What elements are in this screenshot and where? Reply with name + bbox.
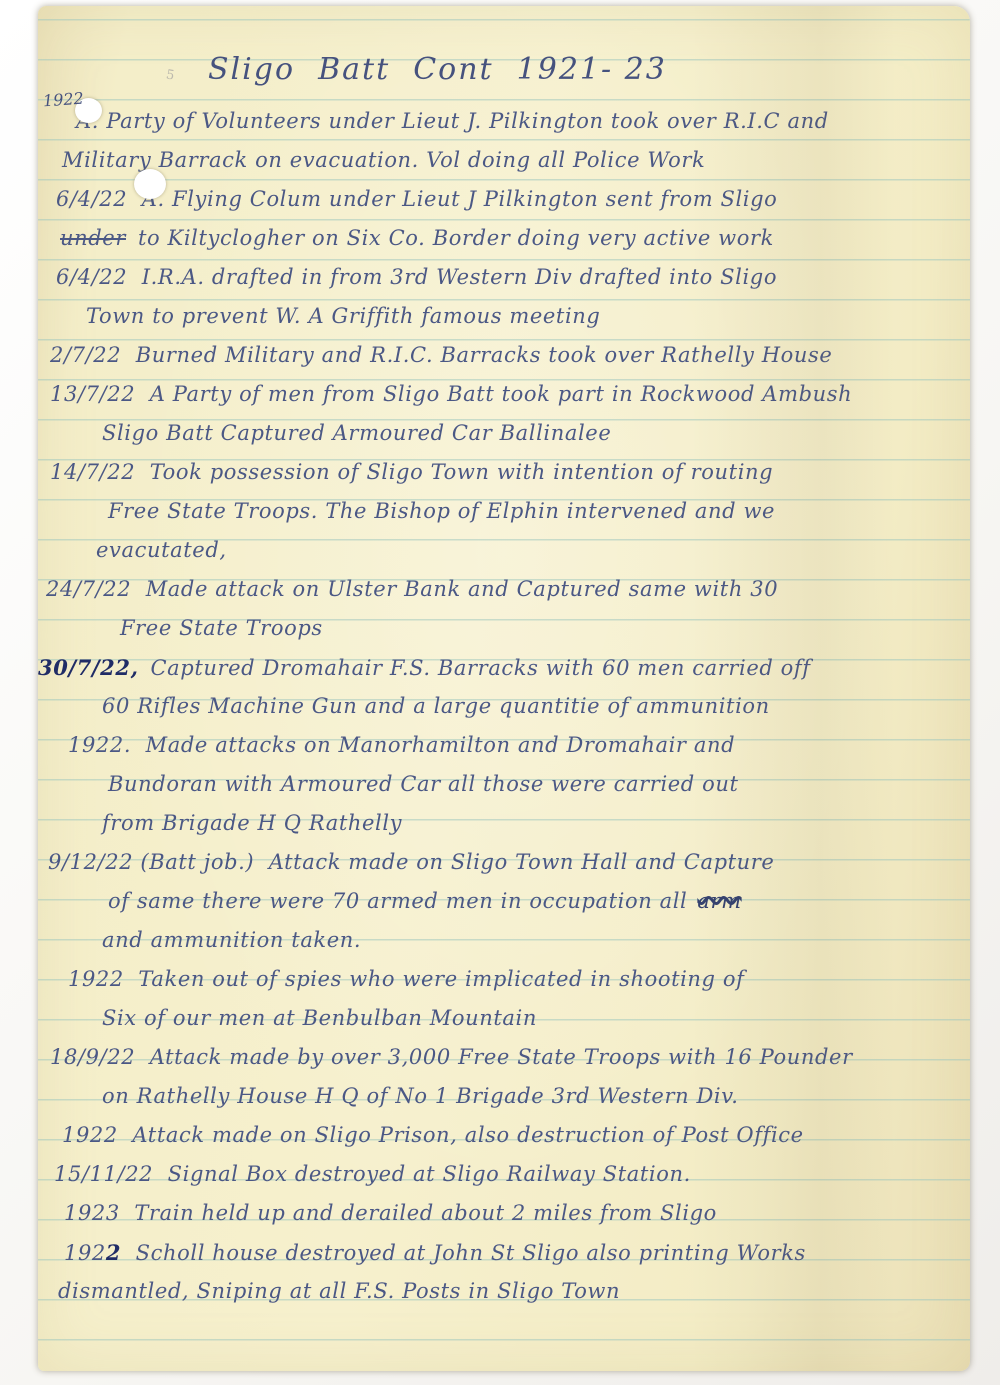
manuscript-lines: A. Party of Volunteers under Lieut J. Pi…: [38, 102, 970, 1311]
line-text: to Kiltyclogher on Six Co. Border doing …: [138, 226, 774, 250]
line-text: Captured Dromahair F.S. Barracks with 60…: [151, 656, 811, 680]
scribbled-word: arm: [697, 889, 741, 913]
manuscript-line: Six of our men at Benbulban Mountain: [38, 999, 970, 1038]
line-text: Scholl house destroyed at John St Sligo …: [121, 1241, 806, 1265]
manuscript-line: 30/7/22,Captured Dromahair F.S. Barracks…: [38, 648, 970, 687]
manuscript-line: A. Party of Volunteers under Lieut J. Pi…: [38, 102, 970, 141]
manuscript-line: on Rathelly House H Q of No 1 Brigade 3r…: [38, 1077, 970, 1116]
manuscript-line: 2/7/22 Burned Military and R.I.C. Barrac…: [38, 336, 970, 375]
manuscript-line: 1922 Scholl house destroyed at John St S…: [38, 1233, 970, 1272]
manuscript-line: Free State Troops. The Bishop of Elphin …: [38, 492, 970, 531]
manuscript-line: 60 Rifles Machine Gun and a large quanti…: [38, 687, 970, 726]
manuscript-sheet: 5 Sligo Batt Cont 1921- 23 1922 A. Party…: [38, 6, 970, 1371]
manuscript-line: 24/7/22 Made attack on Ulster Bank and C…: [38, 570, 970, 609]
manuscript-line: Military Barrack on evacuation. Vol doin…: [38, 141, 970, 180]
manuscript-line: of same there were 70 armed men in occup…: [38, 882, 970, 921]
manuscript-line: 18/9/22 Attack made by over 3,000 Free S…: [38, 1038, 970, 1077]
manuscript-line: Sligo Batt Captured Armoured Car Ballina…: [38, 414, 970, 453]
manuscript-line: Bundoran with Armoured Car all those wer…: [38, 765, 970, 804]
manuscript-line: evacutated,: [38, 531, 970, 570]
manuscript-line: from Brigade H Q Rathelly: [38, 804, 970, 843]
manuscript-line: Town to prevent W. A Griffith famous mee…: [38, 297, 970, 336]
page-title: Sligo Batt Cont 1921- 23: [38, 46, 970, 94]
manuscript-line: Free State Troops: [38, 609, 970, 648]
margin-year-note: 1922: [42, 89, 84, 111]
manuscript-line: and ammunition taken.: [38, 921, 970, 960]
manuscript-line: 9/12/22 (Batt job.) Attack made on Sligo…: [38, 843, 970, 882]
manuscript-line: 6/4/22 A. Flying Colum under Lieut J Pil…: [38, 180, 970, 219]
manuscript-line: 1923 Train held up and derailed about 2 …: [38, 1194, 970, 1233]
manuscript-line: underto Kiltyclogher on Six Co. Border d…: [38, 219, 970, 258]
manuscript-line: 1922 Attack made on Sligo Prison, also d…: [38, 1116, 970, 1155]
year-digits: 192: [64, 1241, 106, 1265]
punch-hole: [134, 169, 166, 199]
manuscript-line: dismantled, Sniping at all F.S. Posts in…: [38, 1272, 970, 1311]
overwritten-digit: 2: [106, 1240, 121, 1265]
manuscript-line: 6/4/22 I.R.A. drafted in from 3rd Wester…: [38, 258, 970, 297]
manuscript-line: 13/7/22 A Party of men from Sligo Batt t…: [38, 375, 970, 414]
manuscript-line: 1922. Made attacks on Manorhamilton and …: [38, 726, 970, 765]
manuscript-line: 14/7/22 Took possession of Sligo Town wi…: [38, 453, 970, 492]
overwritten-date: 30/7/22,: [38, 655, 139, 680]
struck-word: under: [60, 226, 126, 250]
manuscript-line: 1922 Taken out of spies who were implica…: [38, 960, 970, 999]
manuscript-line: 15/11/22 Signal Box destroyed at Sligo R…: [38, 1155, 970, 1194]
line-text: of same there were 70 armed men in occup…: [108, 889, 687, 913]
